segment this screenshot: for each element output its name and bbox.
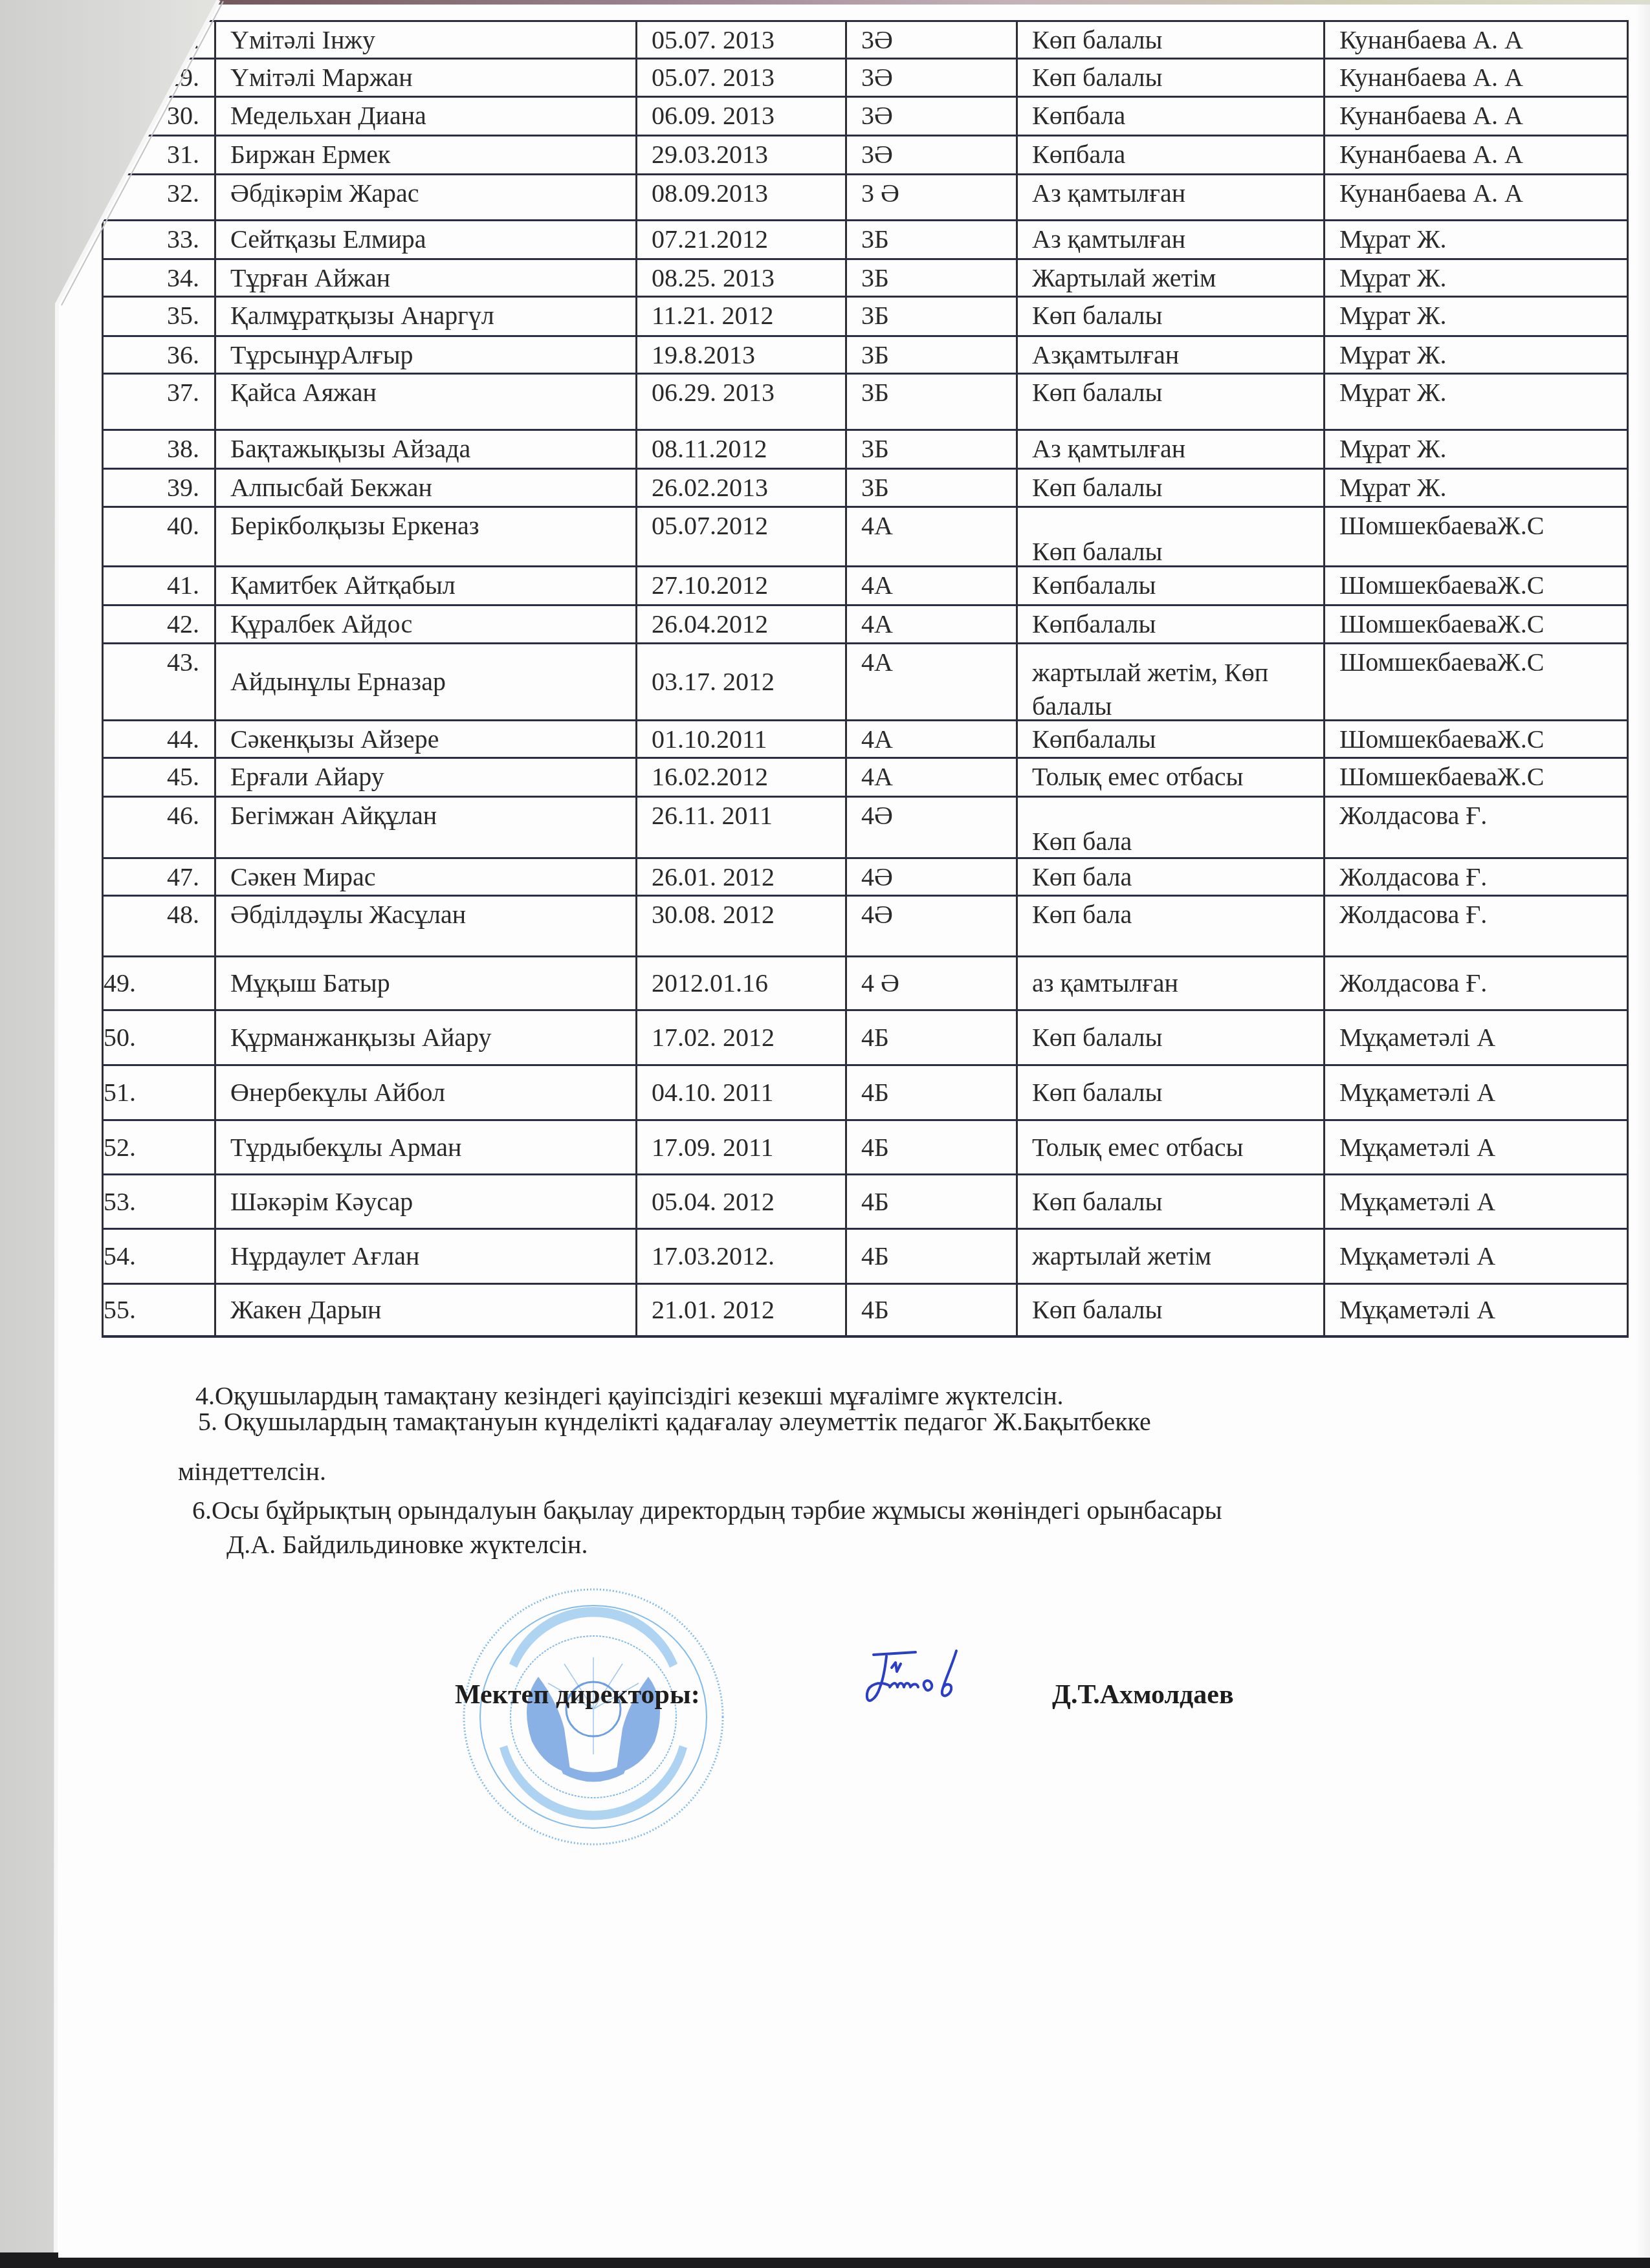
cell-class: 4Ә	[845, 895, 1016, 955]
cell-num: 37.	[102, 373, 215, 429]
cell-status: Көпбалалы	[1016, 604, 1323, 642]
table-row: 49.Мұқыш Батыр2012.01.164 Әаз қамтылғанЖ…	[0, 955, 1650, 1009]
cell-name: Сәкенқызы Айзере	[214, 719, 635, 757]
cell-class: 4Б	[845, 1119, 1016, 1173]
cell-name: Қалмұратқызы Анаргүл	[214, 296, 635, 335]
cell-num: 49.	[102, 955, 215, 1009]
cell-name: Мұқыш Батыр	[214, 955, 635, 1009]
cell-dob: 17.02. 2012	[635, 1009, 845, 1064]
table-row: 50.Құрманжанқызы Айару17.02. 20124БКөп б…	[0, 1009, 1650, 1064]
cell-class: 3Б	[845, 373, 1016, 429]
cell-dob: 08.25. 2013	[635, 258, 845, 296]
cell-class: 3Ә	[845, 135, 1016, 173]
cell-status: Аз қамтылған	[1016, 429, 1323, 468]
clause-6-line-1: 6.Осы бұйрықтың орындалуын бақылау дирек…	[192, 1496, 1222, 1525]
cell-name: Құралбек Айдос	[214, 604, 635, 642]
cell-status: аз қамтылған	[1016, 955, 1323, 1009]
cell-teacher: Кунанбаева А. А	[1323, 20, 1629, 58]
cell-num: 48.	[102, 895, 215, 955]
cell-teacher: Мұқаметәлі А	[1323, 1173, 1629, 1228]
cell-name: Алпысбай Бекжан	[214, 468, 635, 506]
cell-teacher: Мұрат Ж.	[1323, 468, 1629, 506]
table-row: 54.Нұрдаулет Ағлан17.03.2012.4Бжартылай …	[0, 1228, 1650, 1283]
cell-teacher: Мұрат Ж.	[1323, 373, 1629, 429]
cell-teacher: Мұқаметәлі А	[1323, 1283, 1629, 1338]
table-row: 34.Тұрған Айжан08.25. 20133БЖартылай жет…	[0, 258, 1650, 296]
cell-class: 4Ә	[845, 796, 1016, 857]
cell-dob: 19.8.2013	[635, 335, 845, 373]
cell-status: Көп балалы	[1016, 1173, 1323, 1228]
cell-class: 4А	[845, 757, 1016, 796]
table-row: 45.Ерғали Айару16.02.20124АТолық емес от…	[0, 757, 1650, 796]
cell-class: 4А	[845, 604, 1016, 642]
cell-num: 40.	[102, 506, 215, 565]
cell-class: 3Б	[845, 258, 1016, 296]
cell-status: Көп бала	[1016, 895, 1323, 955]
cell-status: Көп балалы	[1016, 506, 1323, 565]
cell-name: Тұрған Айжан	[214, 258, 635, 296]
cell-status: Толық емес отбасы	[1016, 757, 1323, 796]
cell-num: 54.	[102, 1228, 215, 1283]
cell-num: 51.	[102, 1064, 215, 1119]
cell-dob: 05.07.2012	[635, 506, 845, 565]
cell-dob: 07.21.2012	[635, 219, 845, 258]
cell-dob: 04.10. 2011	[635, 1064, 845, 1119]
cell-teacher: Кунанбаева А. А	[1323, 58, 1629, 96]
cell-name: Ерғали Айару	[214, 757, 635, 796]
cell-class: 4А	[845, 506, 1016, 565]
table-row: 51.Өнербекұлы Айбол04.10. 20114БКөп бала…	[0, 1064, 1650, 1119]
cell-name: Шәкәрім Кәусар	[214, 1173, 635, 1228]
cell-class: 3Б	[845, 468, 1016, 506]
cell-teacher: Мұқаметәлі А	[1323, 1064, 1629, 1119]
cell-dob: 27.10.2012	[635, 565, 845, 604]
cell-status: Көп бала	[1016, 857, 1323, 895]
cell-status: Аз қамтылған	[1016, 219, 1323, 258]
cell-teacher: Жолдасова Ғ.	[1323, 857, 1629, 895]
cell-status: Көпбала	[1016, 96, 1323, 135]
cell-class: 3Ә	[845, 20, 1016, 58]
table-row: 30.Медельхан Диана06.09. 20133ӘКөпбалаКу…	[0, 96, 1650, 135]
cell-dob: 06.09. 2013	[635, 96, 845, 135]
cell-class: 4Б	[845, 1064, 1016, 1119]
cell-class: 4Б	[845, 1283, 1016, 1338]
cell-num: 52.	[102, 1119, 215, 1173]
cell-teacher: Мұрат Ж.	[1323, 335, 1629, 373]
cell-status: Көп балалы	[1016, 20, 1323, 58]
cell-status: жартылай жетім	[1016, 1228, 1323, 1283]
cell-num: .	[102, 20, 215, 58]
table-row: 39.Алпысбай Бекжан26.02.20133БКөп балалы…	[0, 468, 1650, 506]
cell-teacher: Мұқаметәлі А	[1323, 1119, 1629, 1173]
cell-teacher: Мұқаметәлі А	[1323, 1009, 1629, 1064]
clause-5-line-1: 5. Оқушылардың тамақтануын күнделікті қа…	[198, 1408, 1151, 1436]
cell-name: Қайса Аяжан	[214, 373, 635, 429]
cell-dob: 30.08. 2012	[635, 895, 845, 955]
cell-dob: 17.03.2012.	[635, 1228, 845, 1283]
cell-num: 34.	[102, 258, 215, 296]
cell-name: Тұрдыбекұлы Арман	[214, 1119, 635, 1173]
table-row: 37.Қайса Аяжан06.29. 20133БКөп балалыМұр…	[0, 373, 1650, 429]
clause-6-line-2: Д.А. Байдильдиновке жүктелсін.	[226, 1531, 588, 1559]
cell-num: 50.	[102, 1009, 215, 1064]
cell-teacher: ШомшекбаеваЖ.С	[1323, 642, 1629, 719]
cell-teacher: Мұқаметәлі А	[1323, 1228, 1629, 1283]
cell-name: Әбдікәрім Жарас	[214, 173, 635, 219]
table-row: 47.Сәкен Мирас26.01. 20124ӘКөп балаЖолда…	[0, 857, 1650, 895]
cell-dob: 26.02.2013	[635, 468, 845, 506]
cell-status: Көп балалы	[1016, 296, 1323, 335]
cell-teacher: Жолдасова Ғ.	[1323, 895, 1629, 955]
cell-name: Медельхан Диана	[214, 96, 635, 135]
cell-teacher: Кунанбаева А. А	[1323, 135, 1629, 173]
cell-teacher: Мұрат Ж.	[1323, 219, 1629, 258]
cell-dob: 05.07. 2013	[635, 20, 845, 58]
cell-status: Көп балалы	[1016, 1064, 1323, 1119]
cell-name: Бегімжан Айқұлан	[214, 796, 635, 857]
cell-name: Құрманжанқызы Айару	[214, 1009, 635, 1064]
scan-bottom-edge	[0, 2258, 1650, 2268]
official-seal-stamp	[461, 1586, 726, 1848]
handwritten-signature	[861, 1648, 971, 1713]
cell-teacher: Мұрат Ж.	[1323, 429, 1629, 468]
cell-class: 3Ә	[845, 96, 1016, 135]
cell-teacher: ШомшекбаеваЖ.С	[1323, 719, 1629, 757]
cell-name: Бақтажықызы Айзада	[214, 429, 635, 468]
cell-class: 3 Ә	[845, 173, 1016, 219]
scan-bottom-corner	[0, 2252, 58, 2258]
cell-teacher: Кунанбаева А. А	[1323, 173, 1629, 219]
cell-name: Биржан Ермек	[214, 135, 635, 173]
cell-dob: 26.11. 2011	[635, 796, 845, 857]
table-row: 32.Әбдікәрім Жарас08.09.20133 ӘАз қамтыл…	[0, 173, 1650, 219]
cell-name: Сейтқазы Елмира	[214, 219, 635, 258]
cell-name: Үмітәлі Інжу	[214, 20, 635, 58]
cell-dob: 26.04.2012	[635, 604, 845, 642]
cell-dob: 05.07. 2013	[635, 58, 845, 96]
cell-class: 4Б	[845, 1173, 1016, 1228]
cell-name: Нұрдаулет Ағлан	[214, 1228, 635, 1283]
cell-teacher: Жолдасова Ғ.	[1323, 796, 1629, 857]
cell-class: 3Б	[845, 296, 1016, 335]
cell-num: 47.	[102, 857, 215, 895]
cell-class: 4Б	[845, 1009, 1016, 1064]
cell-name: ТұрсынұрАлғыр	[214, 335, 635, 373]
cell-dob: 26.01. 2012	[635, 857, 845, 895]
table-row: 33.Сейтқазы Елмира07.21.20123БАз қамтылғ…	[0, 219, 1650, 258]
cell-num: 55.	[102, 1283, 215, 1338]
cell-status: Көп балалы	[1016, 1283, 1323, 1338]
cell-dob: 2012.01.16	[635, 955, 845, 1009]
cell-status: Көпбалалы	[1016, 719, 1323, 757]
cell-dob: 29.03.2013	[635, 135, 845, 173]
cell-status: Көп балалы	[1016, 58, 1323, 96]
table-row: .Үмітәлі Інжу05.07. 20133ӘКөп балалыКуна…	[0, 20, 1650, 58]
cell-class: 3Б	[845, 335, 1016, 373]
table-row: 42.Құралбек Айдос26.04.20124АКөпбалалыШо…	[0, 604, 1650, 642]
table-row: 29.Үмітәлі Маржан05.07. 20133ӘКөп балалы…	[0, 58, 1650, 96]
cell-num: 41.	[102, 565, 215, 604]
cell-teacher: ШомшекбаеваЖ.С	[1323, 506, 1629, 565]
cell-class: 4А	[845, 719, 1016, 757]
table-row: 53.Шәкәрім Кәусар05.04. 20124БКөп балалы…	[0, 1173, 1650, 1228]
cell-status: Көпбала	[1016, 135, 1323, 173]
cell-class: 4Ә	[845, 857, 1016, 895]
cell-status: Көпбалалы	[1016, 565, 1323, 604]
cell-name: Сәкен Мирас	[214, 857, 635, 895]
table-row: 38.Бақтажықызы Айзада08.11.20123БАз қамт…	[0, 429, 1650, 468]
table-row: 46.Бегімжан Айқұлан26.11. 20114ӘКөп бала…	[0, 796, 1650, 857]
cell-num: 32.	[102, 173, 215, 219]
cell-teacher: Кунанбаева А. А	[1323, 96, 1629, 135]
cell-class: 4А	[845, 642, 1016, 719]
cell-class: 4 Ә	[845, 955, 1016, 1009]
cell-class: 4Б	[845, 1228, 1016, 1283]
cell-teacher: Жолдасова Ғ.	[1323, 955, 1629, 1009]
cell-status: Азқамтылған	[1016, 335, 1323, 373]
cell-num: 29.	[102, 58, 215, 96]
cell-name: Үмітәлі Маржан	[214, 58, 635, 96]
cell-name: Берікболқызы Еркеназ	[214, 506, 635, 565]
cell-num: 39.	[102, 468, 215, 506]
cell-teacher: ШомшекбаеваЖ.С	[1323, 604, 1629, 642]
cell-name: Жакен Дарын	[214, 1283, 635, 1338]
cell-name: Өнербекұлы Айбол	[214, 1064, 635, 1119]
cell-status: Толық емес отбасы	[1016, 1119, 1323, 1173]
cell-num: 30.	[102, 96, 215, 135]
cell-status: Көп балалы	[1016, 468, 1323, 506]
cell-status: жартылай жетім, Көп балалы	[1016, 642, 1323, 719]
cell-status: Көп балалы	[1016, 1009, 1323, 1064]
cell-dob: 08.11.2012	[635, 429, 845, 468]
cell-dob: 08.09.2013	[635, 173, 845, 219]
cell-class: 3Б	[845, 219, 1016, 258]
cell-num: 44.	[102, 719, 215, 757]
cell-teacher: Мұрат Ж.	[1323, 296, 1629, 335]
table-row: 35.Қалмұратқызы Анаргүл11.21. 20123БКөп …	[0, 296, 1650, 335]
cell-class: 3Б	[845, 429, 1016, 468]
clause-5-line-2: міндеттелсін.	[178, 1457, 326, 1486]
cell-dob: 17.09. 2011	[635, 1119, 845, 1173]
cell-dob: 05.04. 2012	[635, 1173, 845, 1228]
cell-dob: 03.17. 2012	[635, 642, 845, 719]
table-row: 55.Жакен Дарын21.01. 20124БКөп балалыМұқ…	[0, 1283, 1650, 1338]
director-title: Мектеп директоры:	[455, 1680, 700, 1710]
table-row: 36.ТұрсынұрАлғыр19.8.20133БАзқамтылғанМұ…	[0, 335, 1650, 373]
cell-status: Көп бала	[1016, 796, 1323, 857]
cell-num: 38.	[102, 429, 215, 468]
cell-dob: 01.10.2011	[635, 719, 845, 757]
table-row: 52.Тұрдыбекұлы Арман17.09. 20114БТолық е…	[0, 1119, 1650, 1173]
cell-num: 35.	[102, 296, 215, 335]
table-row: 43.Айдынұлы Ерназар03.17. 20124Ажартылай…	[0, 642, 1650, 719]
director-name: Д.Т.Ахмолдаев	[1052, 1680, 1234, 1710]
table-row: 41.Қамитбек Айтқабыл27.10.20124АКөпбалал…	[0, 565, 1650, 604]
student-table: .Үмітәлі Інжу05.07. 20133ӘКөп балалыКуна…	[0, 0, 1650, 1358]
cell-name: Айдынұлы Ерназар	[214, 642, 635, 719]
cell-status: Көп балалы	[1016, 373, 1323, 429]
cell-status: Аз қамтылған	[1016, 173, 1323, 219]
cell-dob: 21.01. 2012	[635, 1283, 845, 1338]
cell-num: 33.	[102, 219, 215, 258]
cell-num: 53.	[102, 1173, 215, 1228]
cell-num: 46.	[102, 796, 215, 857]
cell-num: 36.	[102, 335, 215, 373]
cell-dob: 11.21. 2012	[635, 296, 845, 335]
cell-dob: 16.02.2012	[635, 757, 845, 796]
cell-status: Жартылай жетім	[1016, 258, 1323, 296]
table-row: 40.Берікболқызы Еркеназ05.07.20124АКөп б…	[0, 506, 1650, 565]
cell-name: Қамитбек Айтқабыл	[214, 565, 635, 604]
clause-4: 4.Оқушылардың тамақтану кезіндегі қауіпс…	[195, 1382, 1064, 1410]
cell-num: 43.	[102, 642, 215, 719]
cell-class: 3Ә	[845, 58, 1016, 96]
cell-num: 31.	[102, 135, 215, 173]
cell-name: Әбділдәұлы Жасұлан	[214, 895, 635, 955]
cell-dob: 06.29. 2013	[635, 373, 845, 429]
cell-class: 4А	[845, 565, 1016, 604]
table-row: 48.Әбділдәұлы Жасұлан30.08. 20124ӘКөп ба…	[0, 895, 1650, 955]
cell-num: 42.	[102, 604, 215, 642]
table-row: 31.Биржан Ермек29.03.20133ӘКөпбалаКунанб…	[0, 135, 1650, 173]
cell-teacher: ШомшекбаеваЖ.С	[1323, 565, 1629, 604]
cell-num: 45.	[102, 757, 215, 796]
cell-teacher: ШомшекбаеваЖ.С	[1323, 757, 1629, 796]
cell-teacher: Мұрат Ж.	[1323, 258, 1629, 296]
table-row: 44.Сәкенқызы Айзере01.10.20114АКөпбалалы…	[0, 719, 1650, 757]
